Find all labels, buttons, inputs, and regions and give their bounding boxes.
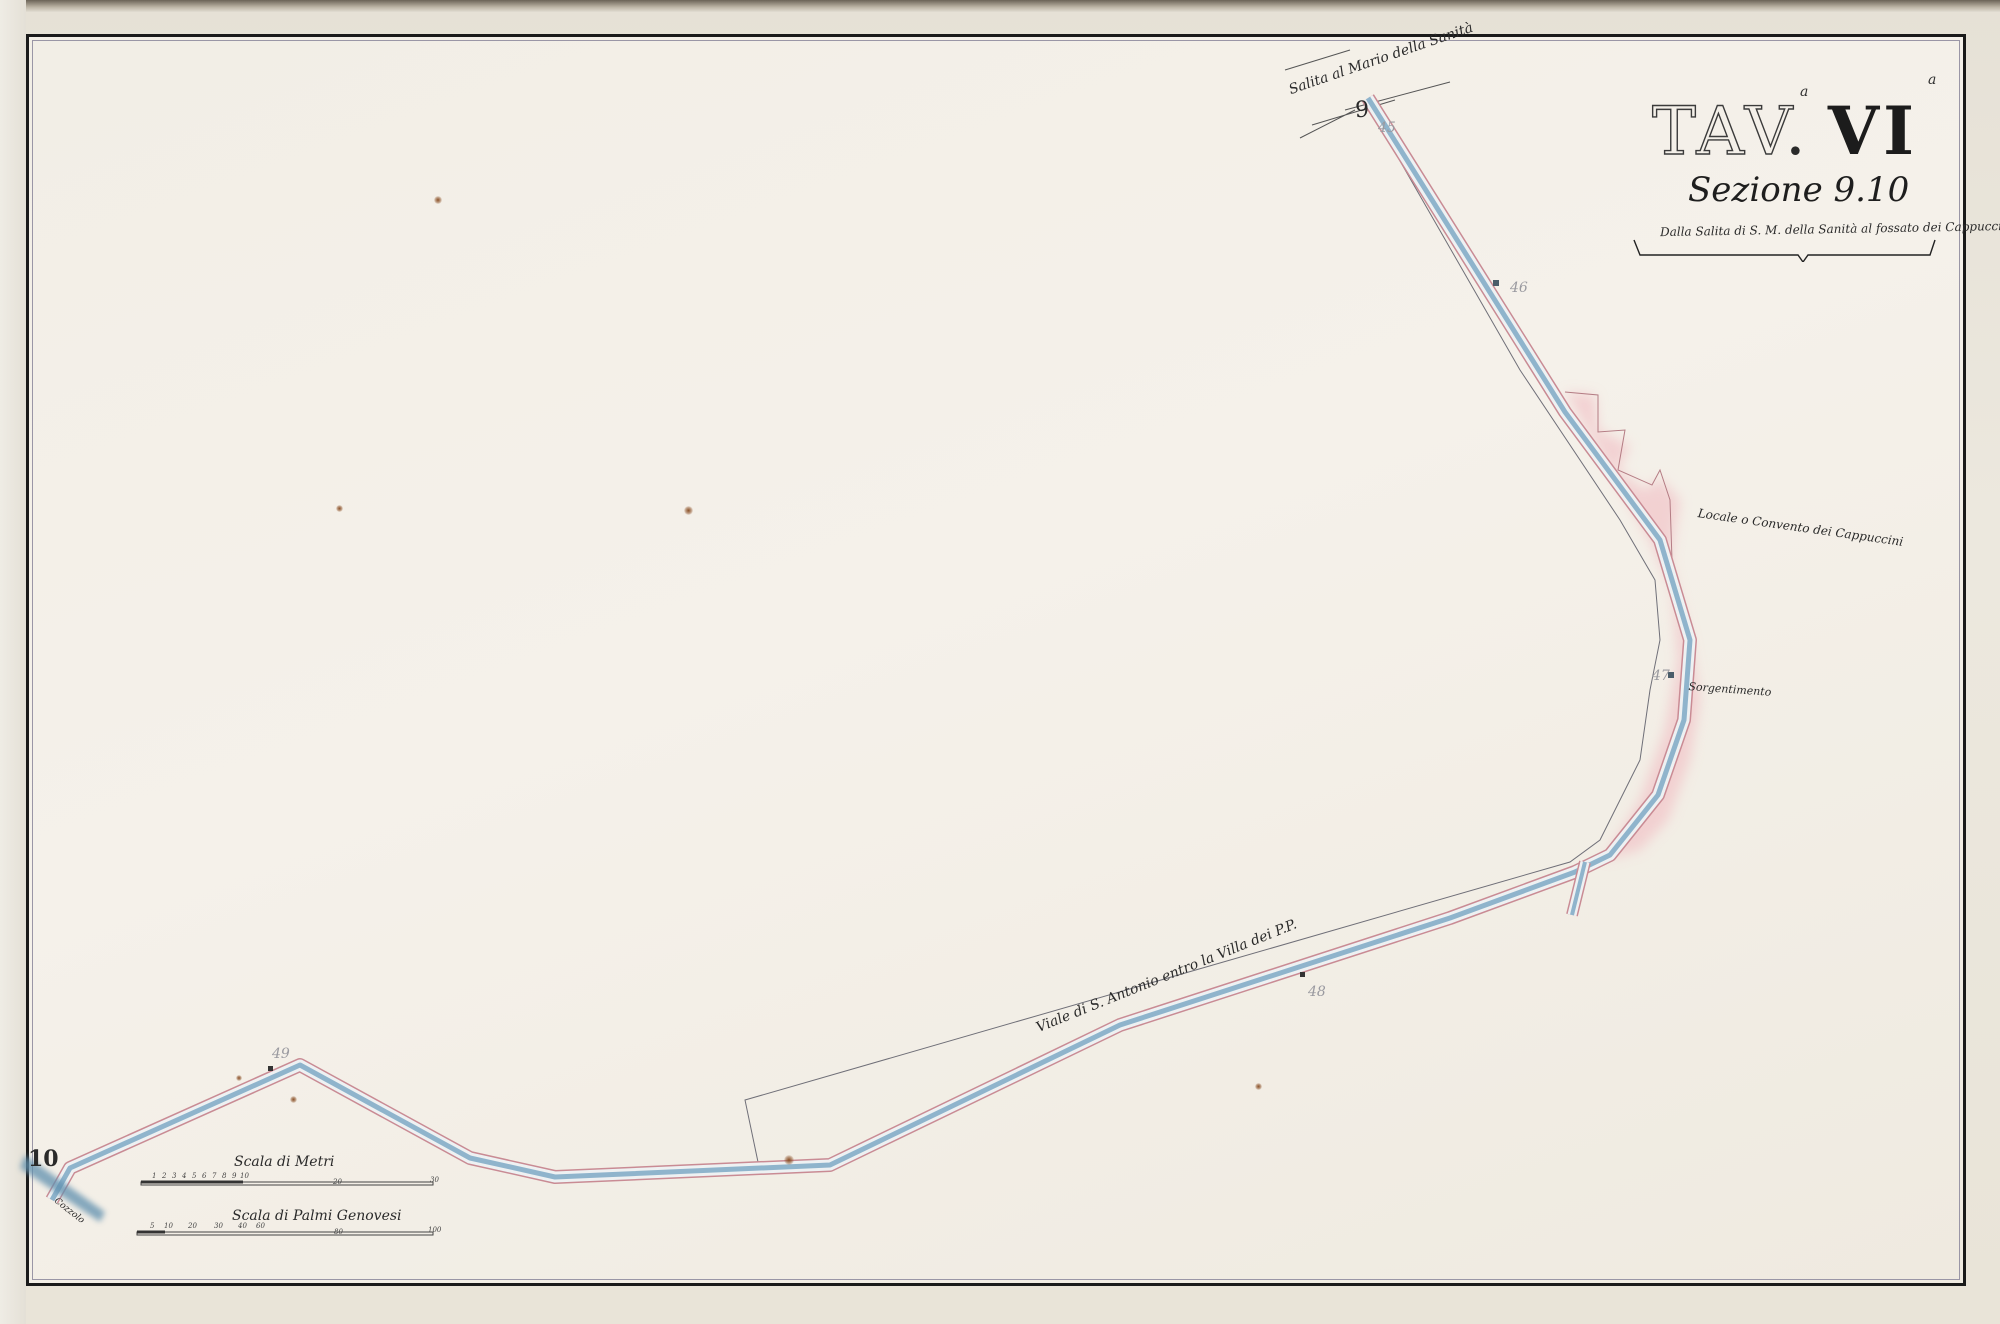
scale-tick: 6 (202, 1172, 206, 1180)
scale-bar-metri (141, 1182, 433, 1185)
scale-tick: 10 (164, 1222, 173, 1230)
section-title: Sezione 9.10 (1688, 170, 1909, 210)
marker-square (268, 1066, 273, 1071)
plate-title-numeral: VI (1828, 92, 1918, 170)
plate-title: TAV.VI (1652, 92, 1918, 170)
scale-tick: 30 (214, 1222, 223, 1230)
scale-tick: 8 (222, 1172, 226, 1180)
scale-tick: 20 (333, 1178, 342, 1186)
plate-title-dot: . (1785, 93, 1810, 170)
scale-tick: 30 (430, 1176, 439, 1184)
label-section-9: 9 (1355, 98, 1369, 123)
label-section-10: 10 (28, 1146, 59, 1172)
scale-tick: 2 (162, 1172, 166, 1180)
paper-stain (784, 1155, 794, 1165)
marker-square (1493, 280, 1499, 286)
scale-tick: 1 (152, 1172, 156, 1180)
scale-tick: 20 (188, 1222, 197, 1230)
paper-stain (290, 1096, 297, 1103)
paper-stain (336, 505, 343, 512)
marker-49: 49 (272, 1046, 290, 1062)
map-sheet: TAV.VI a a Sezione 9.10 Dalla Salita di … (0, 0, 2000, 1324)
plate-title-tav: TAV (1652, 93, 1785, 170)
paper-stain (236, 1075, 242, 1081)
title-bracket (1630, 238, 1940, 262)
scale-tick: 60 (256, 1222, 265, 1230)
scale-tick: 5 (192, 1172, 196, 1180)
plate-superscript-right: a (1928, 72, 1936, 88)
marker-48: 48 (1308, 984, 1326, 1000)
scale-tick: 10 (240, 1172, 249, 1180)
scale-tick: 4 (182, 1172, 186, 1180)
paper-stain (684, 506, 693, 515)
scale-tick: 7 (212, 1172, 216, 1180)
marker-46: 46 (1510, 280, 1528, 296)
paper-stain (1255, 1083, 1262, 1090)
channel-road (52, 98, 1690, 1200)
scale-tick: 100 (428, 1226, 441, 1234)
scale-tick: 9 (232, 1172, 236, 1180)
plate-superscript-left: a (1800, 84, 1808, 100)
scale-tick: 80 (334, 1228, 343, 1236)
marker-square (1300, 972, 1305, 977)
scale-metri-title: Scala di Metri (234, 1154, 334, 1170)
scale-tick: 5 (150, 1222, 154, 1230)
scale-bar-palmi (137, 1232, 433, 1235)
scale-tick: 40 (238, 1222, 247, 1230)
paper-stain (434, 196, 442, 204)
marker-47: 47 (1652, 668, 1670, 684)
marker-45: 45 (1378, 120, 1396, 136)
scale-tick: 3 (172, 1172, 176, 1180)
